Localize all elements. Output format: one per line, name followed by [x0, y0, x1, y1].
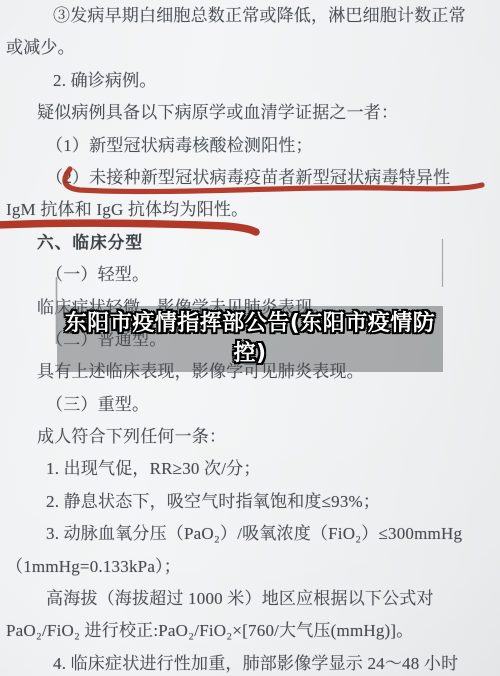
section-heading-line: 六、临床分型	[0, 227, 500, 259]
document-line: 高海拔（海拔超过 1000 米）地区应根据以下公式对	[0, 583, 500, 615]
document-line: ③发病早期白细胞总数正常或降低，淋巴细胞计数正常	[0, 0, 500, 32]
document-line: PaO₂/FiO₂ 进行校正:PaO₂/FiO₂×[760/大气压(mmHg)]…	[0, 615, 500, 647]
document-line: （1）新型冠状病毒核酸检测阳性；	[0, 130, 500, 162]
document-line: （1mmHg=0.133kPa）；	[0, 551, 500, 583]
document-line: 或减少。	[0, 32, 500, 64]
document-line: IgM 抗体和 IgG 抗体均为阳性。	[0, 194, 500, 226]
document-line: 成人符合下列任何一条：	[0, 421, 500, 453]
banner-title-line-1: 东阳市疫情指挥部公告(东阳市疫情防	[65, 309, 436, 339]
document-line: （三）重型。	[0, 389, 500, 421]
document-line: 2. 静息状态下，吸空气时指氧饱和度≤93%；	[0, 486, 500, 518]
document-photo: ③发病早期白细胞总数正常或降低，淋巴细胞计数正常或减少。2. 确诊病例。疑似病例…	[0, 0, 500, 676]
document-line: （一）轻型。	[0, 259, 500, 291]
document-line: （2）未接种新型冠状病毒疫苗者新型冠状病毒特异性	[0, 162, 500, 194]
banner-title-line-2: 控)	[233, 339, 266, 369]
document-line: 疑似病例具备以下病原学或血清学证据之一者：	[0, 97, 500, 129]
document-line: 1. 出现气促，RR≥30 次/分；	[0, 453, 500, 485]
document-line: 4. 临床症状进行性加重，肺部影像学显示 24～48 小时	[0, 648, 500, 676]
document-line: 3. 动脉血氧分压（PaO₂）/吸氧浓度（FiO₂）≤300mmHg	[0, 518, 500, 550]
title-banner: 东阳市疫情指挥部公告(东阳市疫情防 控)	[57, 306, 443, 372]
document-line: 2. 确诊病例。	[0, 65, 500, 97]
